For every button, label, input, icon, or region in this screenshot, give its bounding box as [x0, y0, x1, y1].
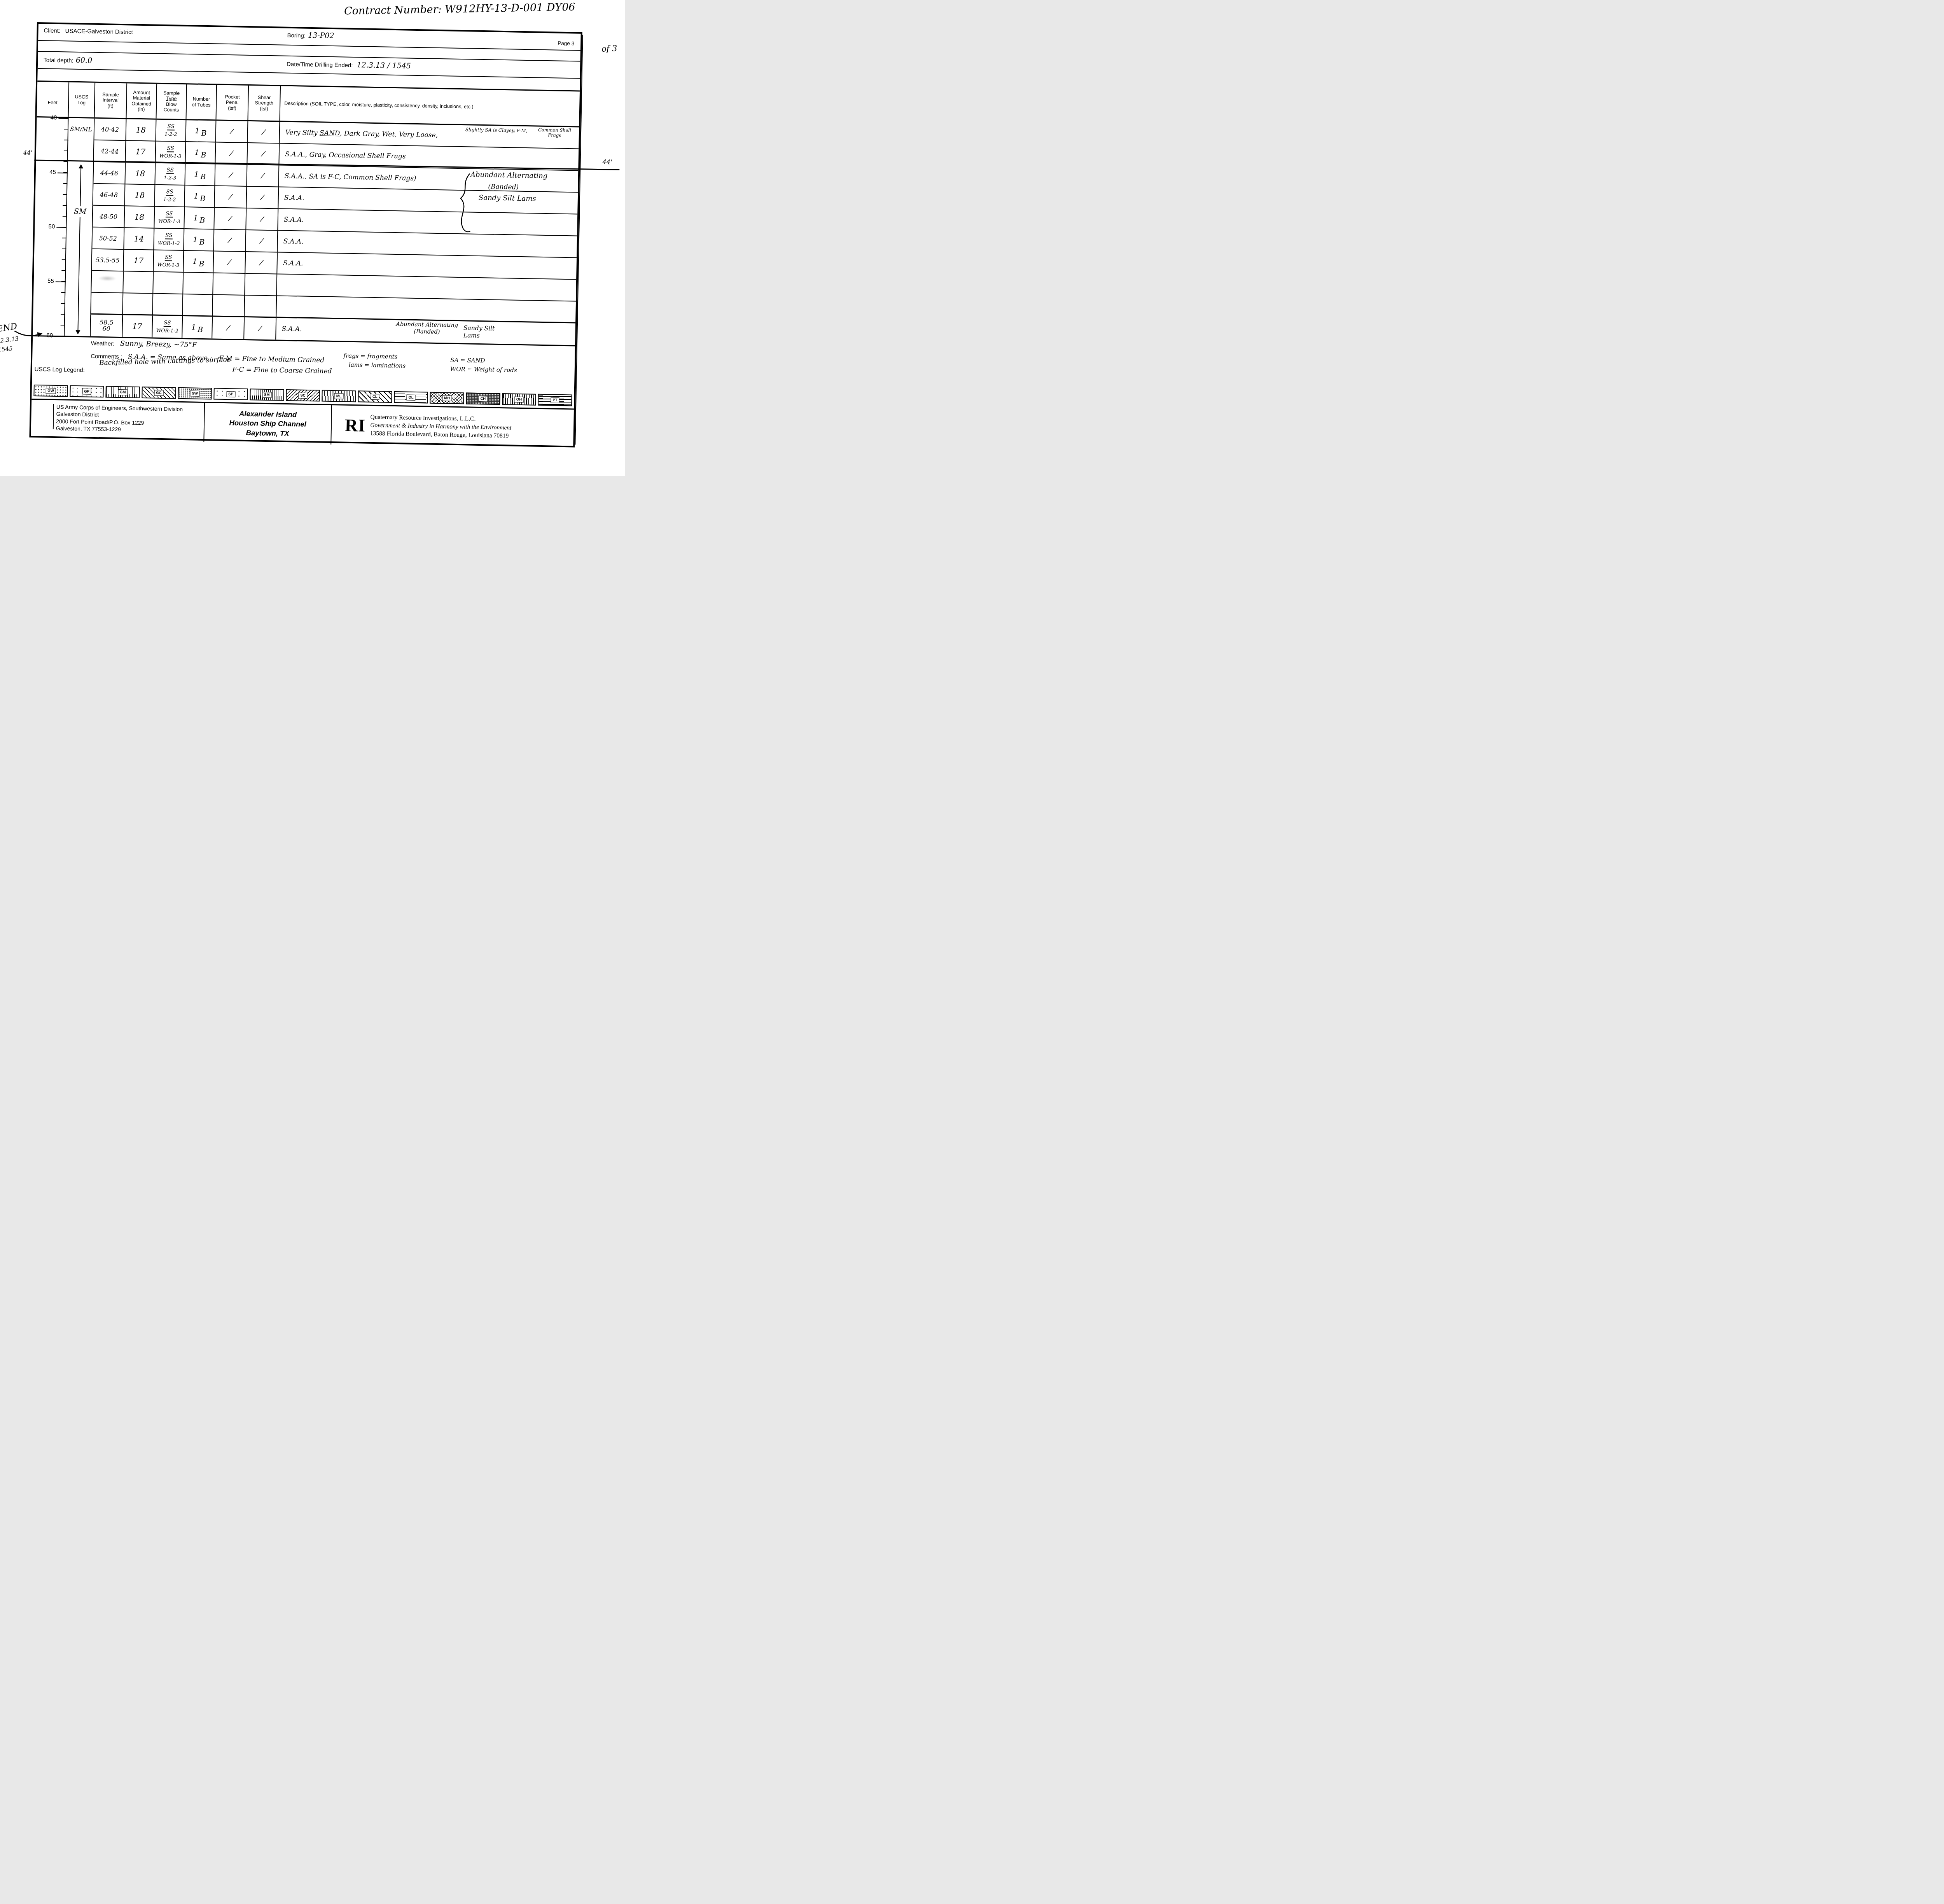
- page-number: Page 3: [558, 40, 574, 47]
- arrow-down-icon: [75, 330, 80, 334]
- blow-counts: 1-2-2: [164, 131, 177, 137]
- description-side-note: Slightly SA is Clayey, F-M,: [465, 127, 531, 134]
- comments-value-2: F-M = Fine to Medium Grained: [219, 355, 324, 364]
- col-header-pocket-pene: PocketPene.(tsf): [216, 85, 249, 120]
- boring-label: Boring:: [287, 32, 306, 39]
- boring-log-form: Client: USACE-Galveston District Boring:…: [29, 22, 582, 448]
- scanned-boring-log-page: Contract Number: W912HY-13-D-001 DY06 Cl…: [0, 0, 625, 476]
- col-header-sample-interval: SampleInterval(ft): [95, 83, 128, 118]
- amount-obtained: 17: [135, 147, 145, 156]
- footer-qri-block: RI Quaternary Resource Investigations, L…: [331, 405, 574, 449]
- legend-code: GM: [118, 389, 128, 395]
- soil-description: S.A.A.: [283, 238, 304, 246]
- legend-swatch-gp: GP: [70, 385, 104, 398]
- col-header-number-tubes: Numberof Tubes: [187, 84, 217, 119]
- legend-swatch-gc: GC: [142, 387, 176, 399]
- legend-field: USCS Log Legend:: [34, 366, 85, 374]
- datetime-ended-field: Date/Time Drilling Ended: 12.3.13 / 1545: [287, 59, 411, 70]
- feet-label-50: 50: [49, 223, 55, 230]
- feet-label-45: 45: [49, 169, 56, 175]
- amount-obtained: 18: [136, 125, 146, 135]
- legend-code: SP: [226, 391, 235, 397]
- legend-code: ML: [334, 393, 344, 399]
- weather-value: Sunny, Breezy, ~75°F: [120, 339, 197, 349]
- soil-description: S.A.A.: [283, 259, 303, 268]
- legend-swatch-oh: OH: [502, 393, 536, 406]
- client-value: USACE-Galveston District: [65, 28, 133, 35]
- depth-44-left-label: 44': [23, 149, 33, 156]
- boring-value: 13-P02: [308, 31, 334, 40]
- legend-code: CL: [371, 394, 379, 399]
- uscs-class-top: SM/ML: [70, 126, 92, 133]
- legend-swatch-mh: MH: [430, 392, 464, 404]
- sample-interval: 58.560: [100, 319, 114, 332]
- soil-description: S.A.A., SA is F-C, Common Shell Frags): [285, 172, 416, 182]
- col-header-uscs-log: USCSLog: [69, 82, 96, 117]
- sample-interval: 40-42: [101, 126, 119, 133]
- pocket-pene-mark: /: [229, 127, 234, 136]
- legend-code: GC: [154, 390, 164, 395]
- weather-field: Weather: Sunny, Breezy, ~75°F: [91, 339, 197, 349]
- abbrev-defs-left: frags = fragments lams = laminations: [343, 352, 406, 370]
- total-depth-field: Total depth:60.0: [43, 55, 92, 65]
- boring-field: Boring:13-P02: [287, 31, 334, 40]
- shear-strength-mark: /: [261, 128, 266, 136]
- soil-description: S.A.A.: [284, 194, 304, 202]
- feet-label-40: 40: [51, 114, 57, 121]
- right-margin-note: Abundant Alternating (Banded) Sandy Silt…: [470, 170, 599, 204]
- legend-swatch-cl: CL: [358, 390, 392, 403]
- total-depth-label: Total depth:: [43, 57, 73, 64]
- legend-code: CH: [478, 395, 488, 401]
- uscs-class-sm: SM: [74, 207, 87, 216]
- end-of-boring-annotation: END 12.3.13 1545: [0, 323, 17, 333]
- description-side-note-2: Common Shell Frags: [537, 128, 572, 138]
- depth-44-right-label: 44': [602, 158, 612, 166]
- footer-usace-block: US Army Corps of Engineers, Southwestern…: [31, 400, 205, 442]
- legend-code: GW: [45, 388, 56, 394]
- legend-label: USCS Log Legend:: [34, 366, 85, 373]
- end-time: 1545: [0, 345, 13, 353]
- legend-code: OH: [514, 396, 524, 402]
- page-of-annotation: of 3: [601, 44, 617, 54]
- abbrev-defs-right: SA = SAND WOR = Weight of rods: [450, 356, 517, 374]
- qri-logo: RI: [345, 415, 366, 436]
- legend-code: SM: [262, 392, 272, 397]
- legend-swatch-ol: OL: [394, 391, 428, 404]
- scan-content: Client: USACE-Galveston District Boring:…: [0, 0, 625, 476]
- sample-type: SS: [167, 124, 175, 131]
- col-header-description: Description (SOIL TYPE, color, moisture,…: [280, 86, 580, 126]
- legend-code: MH: [442, 395, 452, 401]
- arrow-up-icon: [79, 164, 83, 168]
- legend-swatch-ml: ML: [322, 390, 356, 402]
- soil-description: S.A.A.: [284, 216, 304, 224]
- datetime-ended-label: Date/Time Drilling Ended:: [287, 61, 353, 69]
- legend-swatch-pt: PT: [538, 394, 572, 406]
- total-depth-value: 60.0: [76, 56, 93, 65]
- legend-code: SC: [298, 392, 307, 398]
- legend-swatch-gm: GM: [106, 386, 140, 398]
- bottom-margin-note: Abundant Alternating(Banded) Sandy Silt …: [396, 321, 510, 340]
- legend-code: GP: [82, 388, 91, 394]
- table-body: SM/ML 40-42 18 SS1-2-2 1B / / Very Silty…: [33, 117, 579, 346]
- footer-divider-bar: [53, 404, 54, 429]
- feet-ruler: 40 45 50 55 60: [33, 117, 68, 336]
- legend-swatch-ch: CH: [466, 392, 500, 405]
- comments-value-3: F-C = Fine to Coarse Grained: [233, 366, 332, 375]
- datetime-ended-value: 12.3.13 / 1545: [357, 61, 411, 70]
- end-date: 12.3.13: [0, 335, 19, 345]
- sample-interval: 42-44: [101, 147, 119, 155]
- legend-swatch-gw: GW: [33, 385, 68, 397]
- soil-description: Very Silty SAND, Dark Gray, Wet, Very Lo…: [285, 129, 438, 139]
- legend-swatch-sm: SM: [250, 388, 284, 401]
- client-field: Client: USACE-Galveston District: [44, 27, 133, 35]
- legend-code: SW: [190, 390, 200, 396]
- weather-label: Weather:: [91, 340, 115, 347]
- legend-code: OL: [406, 394, 415, 400]
- col-header-amount-material: AmountMaterialObtained(in): [127, 83, 157, 118]
- feet-label-55: 55: [47, 278, 54, 284]
- legend-swatch-sw: SW: [178, 387, 212, 400]
- tubes-count: 1: [195, 126, 199, 135]
- legend-swatch-sp: SP: [214, 388, 248, 400]
- col-header-shear-strength: ShearStrength(tsf): [248, 86, 281, 121]
- tubes-sub: B: [201, 129, 206, 138]
- soil-description: S.A.A., Gray, Occasional Shell Frags: [285, 150, 406, 161]
- legend-swatch-sc: SC: [286, 389, 320, 402]
- footer-project-block: Alexander Island Houston Ship Channel Ba…: [204, 403, 332, 444]
- soil-description: S.A.A.: [281, 325, 302, 333]
- client-label: Client:: [44, 27, 60, 34]
- brace-squiggle: [455, 173, 472, 235]
- pencil-smudge: [98, 276, 116, 281]
- col-header-sample-type: SampleTypeBlowCounts: [157, 84, 187, 119]
- col-header-feet: Feet: [37, 82, 70, 117]
- legend-code: PT: [551, 397, 559, 403]
